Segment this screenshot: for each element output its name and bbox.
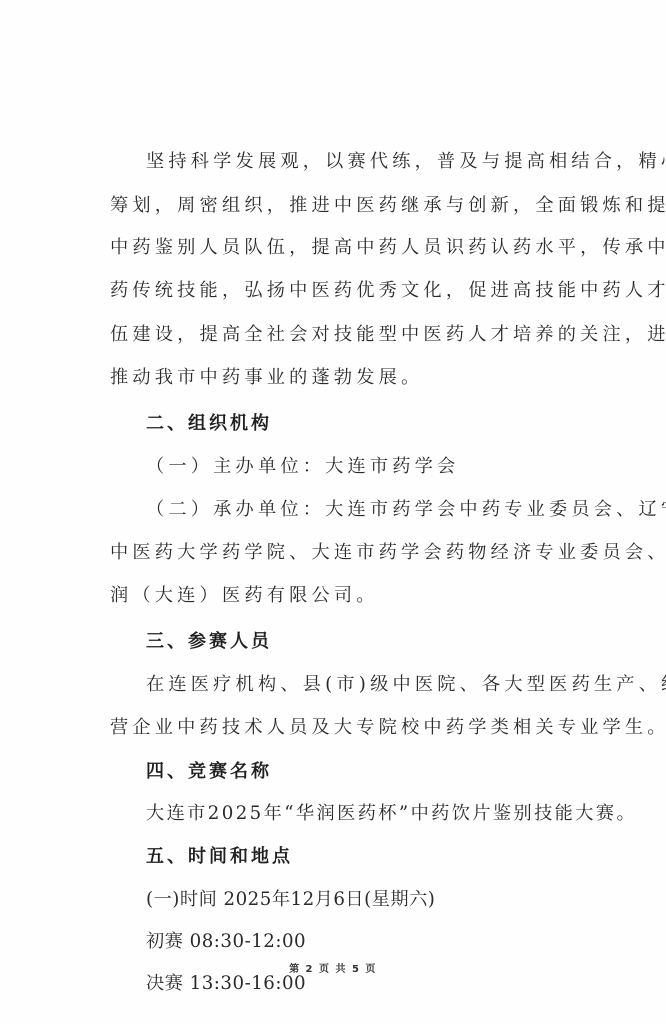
co-organizer-line-2: 中医药大学药学院、大连市药学会药物经济专业委员会、华 <box>110 541 580 565</box>
competition-name: 大连市2025年“华润医药杯”中药饮片鉴别技能大赛。 <box>146 802 616 826</box>
participants-line-2: 营企业中药技术人员及大专院校中药学类相关专业学生。 <box>110 716 580 740</box>
intro-line-3: 中药鉴别人员队伍，提高中药人员识药认药水平，传承中医 <box>110 236 580 260</box>
intro-line-5: 伍建设，提高全社会对技能型中医药人才培养的关注，进而 <box>110 323 580 347</box>
intro-line-1: 坚持科学发展观，以赛代练，普及与提高相结合，精心 <box>146 150 616 174</box>
preliminary-time: 初赛 08:30-12:00 <box>146 930 616 954</box>
document-page: 坚持科学发展观，以赛代练，普及与提高相结合，精心 筹划，周密组织，推进中医药继承… <box>0 0 666 1024</box>
section-heading-participants: 三、参赛人员 <box>146 630 616 654</box>
participants-line-1: 在连医疗机构、县(市)级中医院、各大型医药生产、经 <box>146 673 616 697</box>
section-heading-time-place: 五、时间和地点 <box>146 845 616 869</box>
co-organizer-line: （二）承办单位：大连市药学会中药专业委员会、辽宁 <box>146 498 616 522</box>
co-organizer-line-3: 润（大连）医药有限公司。 <box>110 584 580 608</box>
section-heading-competition-name: 四、竞赛名称 <box>146 760 616 784</box>
final-time: 决赛 13:30-16:00 <box>146 972 616 996</box>
page-number-footer: 第 2 页 共 5 页 <box>0 960 666 975</box>
time-line: (一)时间 2025年12月6日(星期六) <box>146 888 616 912</box>
section-heading-organization: 二、组织机构 <box>146 412 616 436</box>
intro-line-2: 筹划，周密组织，推进中医药继承与创新，全面锻炼和提升 <box>110 194 580 218</box>
intro-line-4: 药传统技能，弘扬中医药优秀文化，促进高技能中药人才队 <box>110 279 580 303</box>
intro-line-6: 推动我市中药事业的蓬勃发展。 <box>110 366 580 390</box>
organizer-line: （一）主办单位：大连市药学会 <box>146 455 616 479</box>
